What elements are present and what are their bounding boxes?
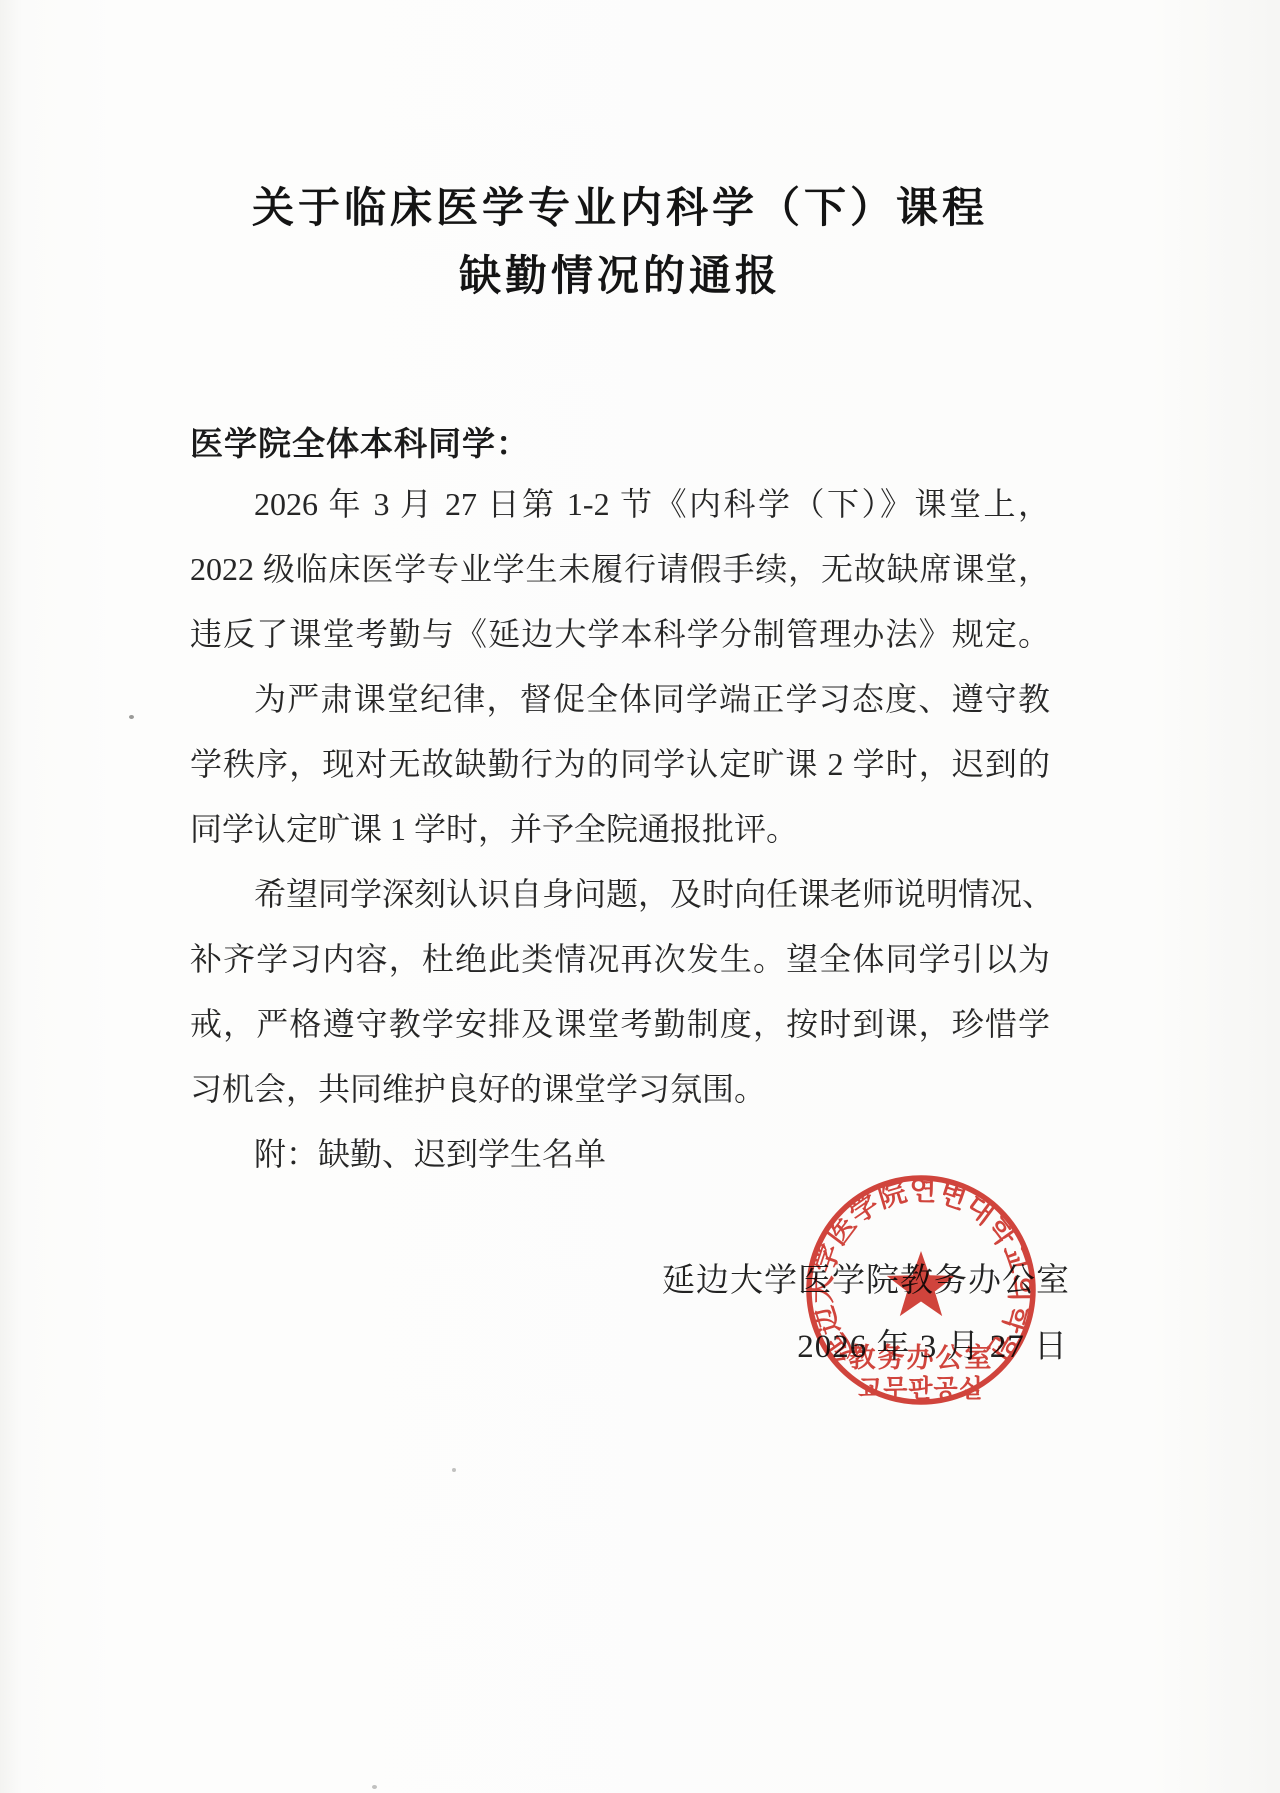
body-line-1: 2026 年 3 月 27 日第 1-2 节《内科学（下）》课堂上，	[190, 472, 1050, 537]
scan-speck	[372, 1785, 377, 1789]
title-line-2: 缺勤情况的通报	[190, 242, 1050, 310]
document-body: 2026 年 3 月 27 日第 1-2 节《内科学（下）》课堂上， 2022 …	[190, 472, 1050, 1187]
scan-speck	[452, 1468, 456, 1472]
document-title: 关于临床医学专业内科学（下）课程 缺勤情况的通报	[190, 174, 1050, 310]
seal-star-icon	[887, 1251, 955, 1316]
body-line-10: 习机会，共同维护良好的课堂学习氛围。	[190, 1057, 1050, 1122]
salutation: 医学院全体本科同学：	[190, 418, 530, 465]
body-line-9: 戒，严格遵守教学安排及课堂考勤制度，按时到课，珍惜学	[190, 992, 1050, 1057]
seal-office-kr: 교무판공실	[858, 1374, 984, 1403]
body-line-2: 2022 级临床医学专业学生未履行请假手续，无故缺席课堂，	[190, 537, 1050, 602]
body-line-4: 为严肃课堂纪律，督促全体同学端正学习态度、遵守教	[190, 667, 1050, 732]
body-line-3: 违反了课堂考勤与《延边大学本科学分制管理办法》规定。	[190, 602, 1050, 667]
body-line-5: 学秩序，现对无故缺勤行为的同学认定旷课 2 学时，迟到的	[190, 732, 1050, 797]
seal-office-cn: 教务办公室	[849, 1343, 994, 1373]
body-line-6: 同学认定旷课 1 学时，并予全院通报批评。	[190, 797, 1050, 862]
title-line-1: 关于临床医学专业内科学（下）课程	[190, 174, 1050, 242]
body-line-8: 补齐学习内容，杜绝此类情况再次发生。望全体同学引以为	[190, 927, 1050, 992]
official-seal: 延边大学医学院연변대학교의학원 教务办公室 교무판공실	[800, 1169, 1042, 1411]
body-line-7: 希望同学深刻认识自身问题，及时向任课老师说明情况、	[190, 862, 1050, 927]
document-page: 关于临床医学专业内科学（下）课程 缺勤情况的通报 医学院全体本科同学： 2026…	[0, 0, 1280, 1793]
scan-speck	[129, 715, 134, 719]
